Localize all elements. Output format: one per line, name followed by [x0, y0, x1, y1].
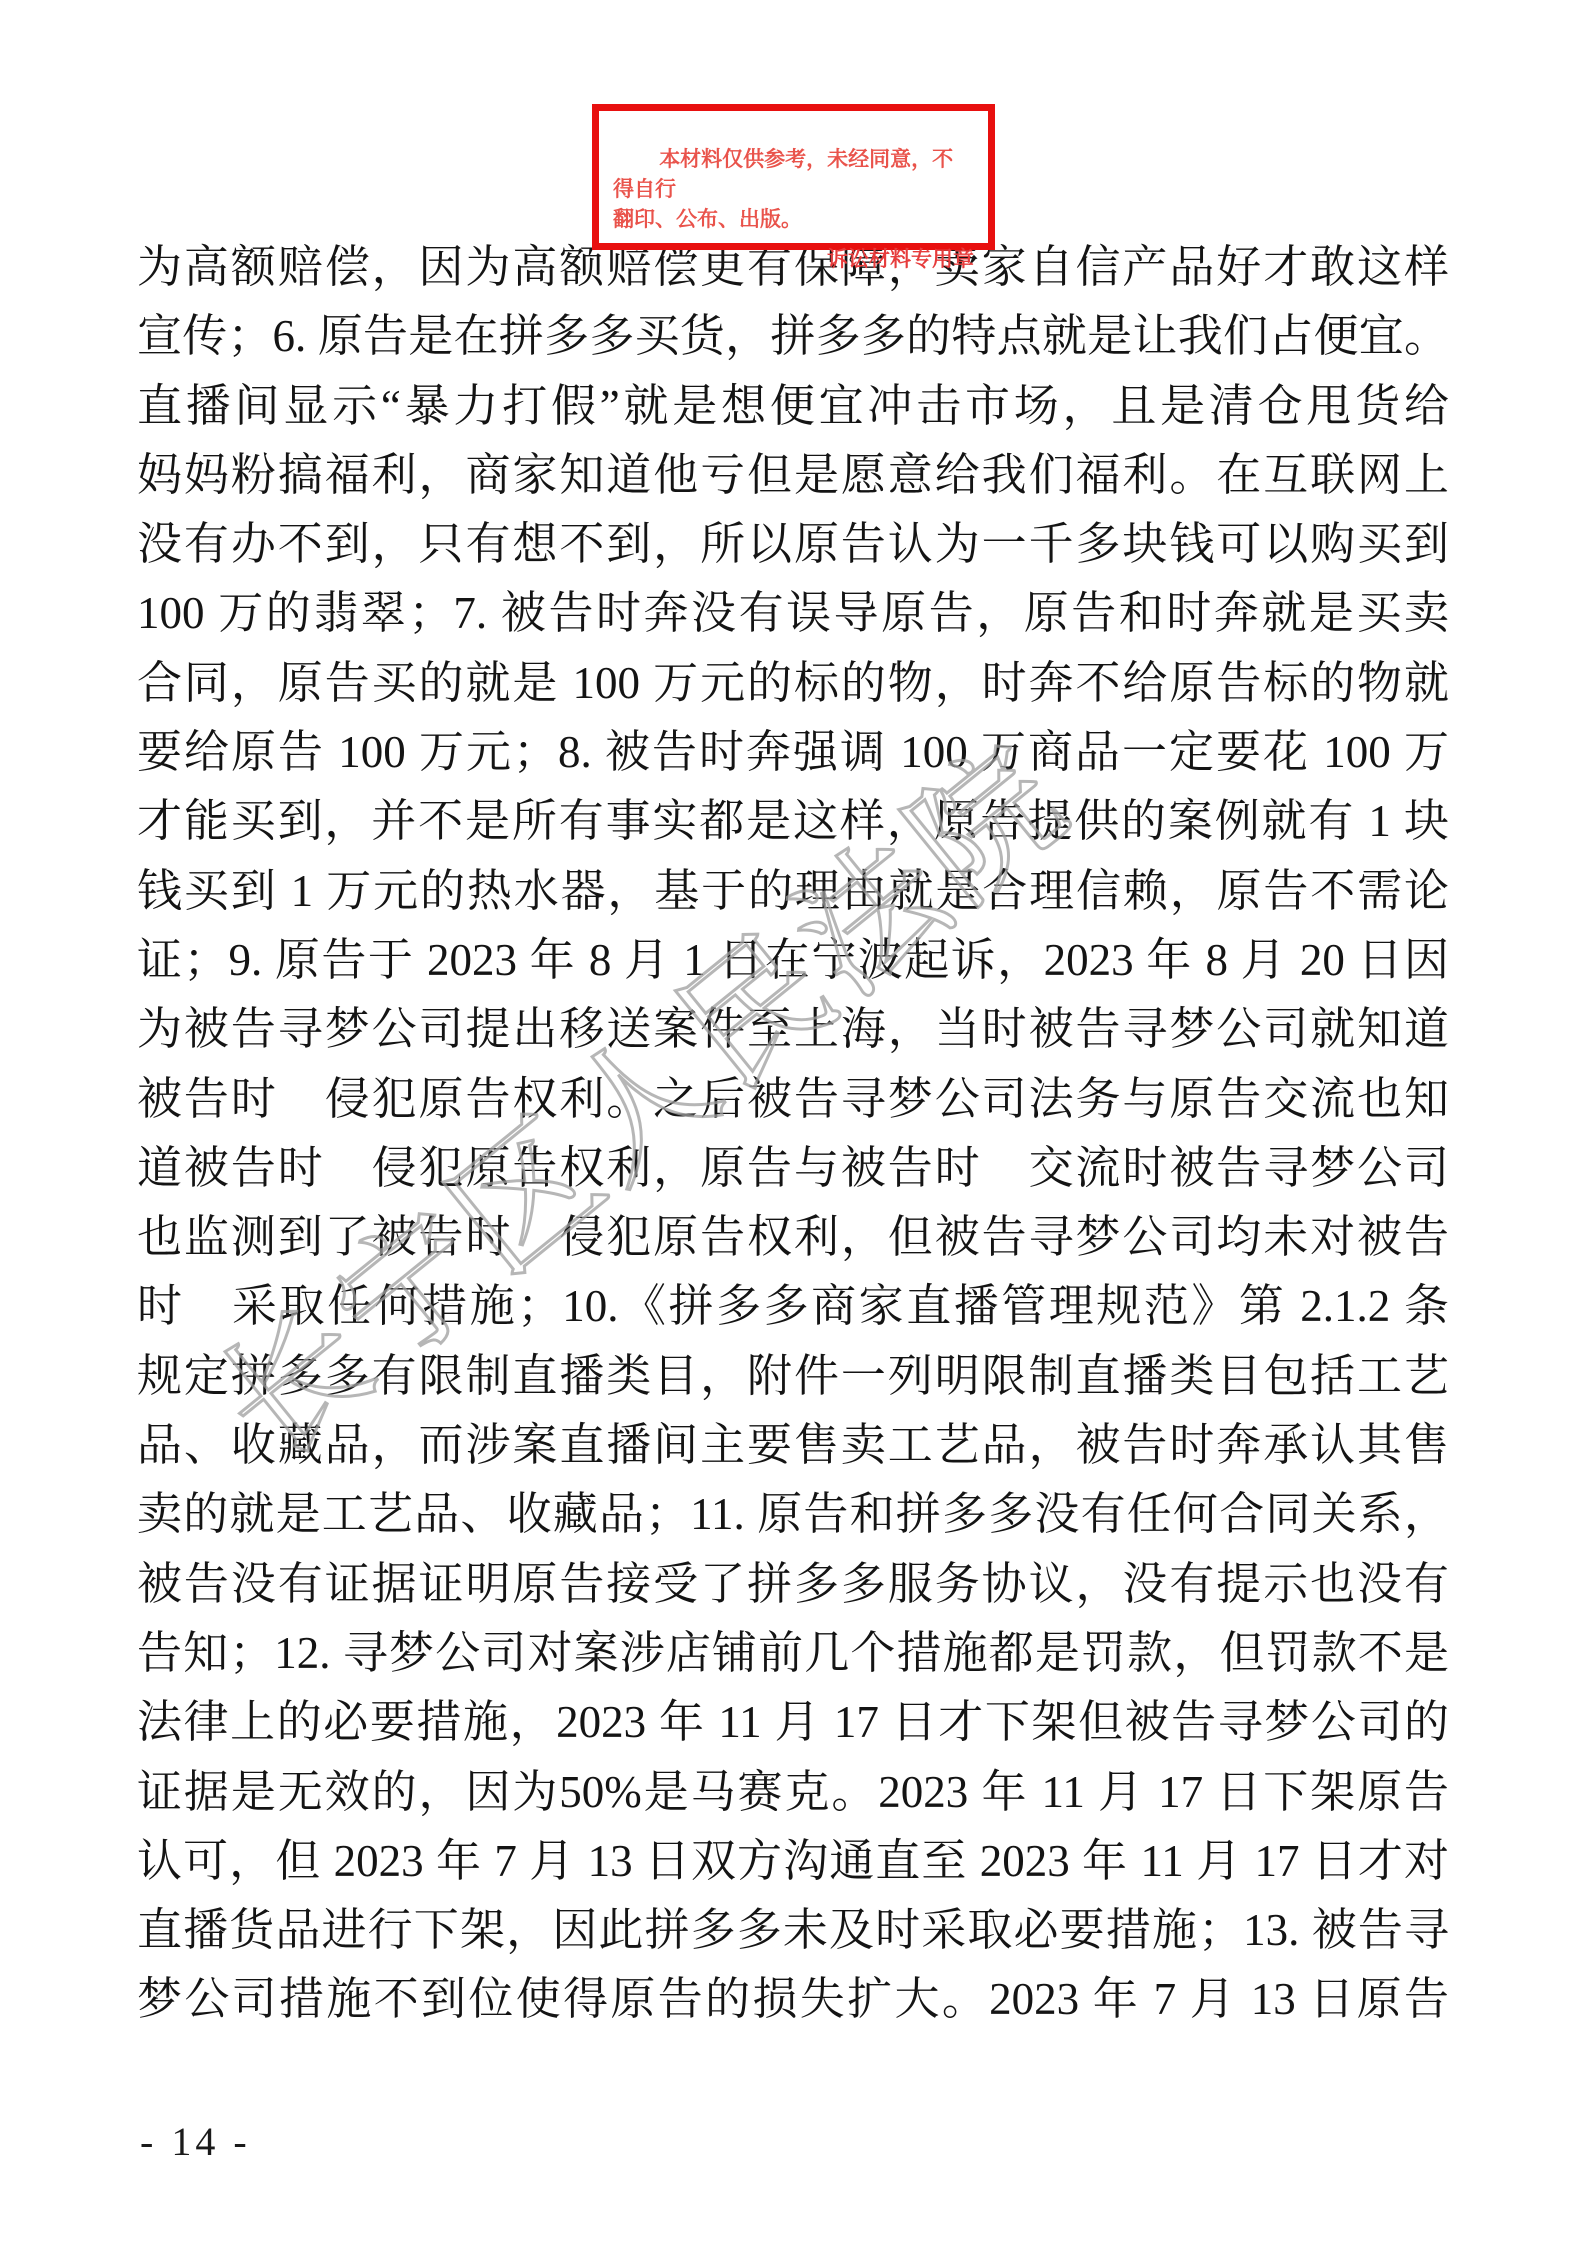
body-line: 品、收藏品，而涉案直播间主要售卖工艺品，被告时奔承认其售: [137, 1411, 1449, 1480]
body-line: 认可，但 2023 年 7 月 13 日双方沟通直至 2023 年 11 月 1…: [137, 1827, 1449, 1896]
body-line: 直播货品进行下架，因此拼多多未及时采取必要措施；13. 被告寻: [137, 1896, 1449, 1965]
body-line: 100 万的翡翠；7. 被告时奔没有误导原告，原告和时奔就是买卖: [137, 579, 1449, 648]
paragraph-text: 为高额赔偿，因为高额赔偿更有保障，卖家自信产品好才敢这样宣传；6. 原告是在拼多…: [137, 233, 1449, 2035]
body-line: 时 采取任何措施；10.《拼多多商家直播管理规范》第 2.1.2 条: [137, 1272, 1449, 1341]
body-line: 合同，原告买的就是 100 万元的标的物，时奔不给原告标的物就: [137, 649, 1449, 718]
body-line: 证；9. 原告于 2023 年 8 月 1 日在宁波起诉，2023 年 8 月 …: [137, 926, 1449, 995]
document-page: 长宁区人民法院 为高额赔偿，因为高额赔偿更有保障，卖家自信产品好才敢这样宣传；6…: [0, 0, 1587, 2245]
stamp-seal-label: 诉讼材料专用章: [613, 245, 974, 275]
stamp-notice-line1: 本材料仅供参考，未经同意，不得自行: [613, 145, 974, 205]
body-line: 也监测到了被告时 侵犯原告权利，但被告寻梦公司均未对被告: [137, 1203, 1449, 1272]
body-line: 为被告寻梦公司提出移送案件至上海，当时被告寻梦公司就知道: [137, 995, 1449, 1064]
body-line: 被告没有证据证明原告接受了拼多多服务协议，没有提示也没有: [137, 1550, 1449, 1619]
body-line: 直播间显示“暴力打假”就是想便宜冲击市场，且是清仓甩货给: [137, 372, 1449, 441]
body-line: 证据是无效的，因为50%是马赛克。2023 年 11 月 17 日下架原告: [137, 1758, 1449, 1827]
body-line: 没有办不到，只有想不到，所以原告认为一千多块钱可以购买到: [137, 510, 1449, 579]
body-line: 规定拼多多有限制直播类目，附件一列明限制直播类目包括工艺: [137, 1342, 1449, 1411]
page-number: - 14 -: [140, 2118, 251, 2165]
body-line: 钱买到 1 万元的热水器，基于的理由就是合理信赖，原告不需论: [137, 857, 1449, 926]
body-line: 妈妈粉搞福利，商家知道他亏但是愿意给我们福利。在互联网上: [137, 441, 1449, 510]
stamp-notice-line2: 翻印、公布、出版。: [613, 205, 974, 235]
body-line: 才能买到，并不是所有事实都是这样，原告提供的案例就有 1 块: [137, 787, 1449, 856]
litigation-stamp-box: 本材料仅供参考，未经同意，不得自行 翻印、公布、出版。 诉讼材料专用章: [592, 104, 995, 250]
body-line: 告知；12. 寻梦公司对案涉店铺前几个措施都是罚款，但罚款不是: [137, 1619, 1449, 1688]
body-line: 梦公司措施不到位使得原告的损失扩大。2023 年 7 月 13 日原告: [137, 1965, 1449, 2034]
body-line: 卖的就是工艺品、收藏品；11. 原告和拼多多没有任何合同关系，: [137, 1480, 1449, 1549]
body-line: 道被告时 侵犯原告权利，原告与被告时 交流时被告寻梦公司: [137, 1134, 1449, 1203]
body-line: 要给原告 100 万元；8. 被告时奔强调 100 万商品一定要花 100 万: [137, 718, 1449, 787]
body-line: 宣传；6. 原告是在拼多多买货，拼多多的特点就是让我们占便宜。: [137, 302, 1449, 371]
body-line: 法律上的必要措施，2023 年 11 月 17 日才下架但被告寻梦公司的: [137, 1688, 1449, 1757]
body-line: 被告时 侵犯原告权利。之后被告寻梦公司法务与原告交流也知: [137, 1065, 1449, 1134]
